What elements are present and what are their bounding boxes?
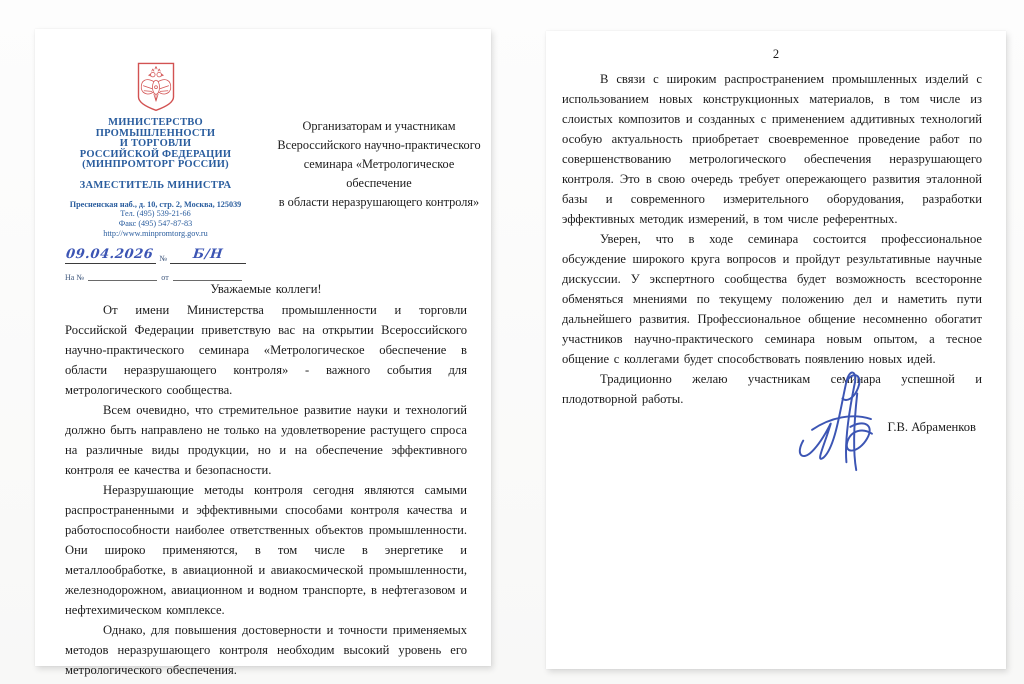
paragraph: В связи с широким распространением промы…	[562, 69, 982, 229]
addressee-line: семинара «Метрологическое обеспечение	[273, 155, 485, 193]
paragraph: Всем очевидно, что стремительное развити…	[65, 400, 467, 480]
ministry-line: МИНИСТЕРСТВО	[63, 118, 248, 129]
paragraph: Неразрушающие методы контроля сегодня яв…	[65, 480, 467, 620]
scanned-letter-viewer: МИНИСТЕРСТВО ПРОМЫШЛЕННОСТИ И ТОРГОВЛИ Р…	[0, 0, 1024, 684]
signature-autograph-icon	[794, 366, 890, 474]
addressee-line: в области неразрушающего контроля»	[273, 193, 485, 212]
postal-address: Пресненская наб., д. 10, стр. 2, Москва,…	[63, 200, 248, 210]
ministry-line: (МИНПРОМТОРГ РОССИИ)	[63, 160, 248, 171]
addressee-line: Организаторам и участникам	[273, 117, 485, 136]
addressee-block: Организаторам и участникам Всероссийског…	[273, 117, 485, 212]
letter-body-page-2: В связи с широким распространением промы…	[562, 69, 982, 409]
page-number: 2	[546, 47, 1006, 62]
paragraph: Однако, для повышения достоверности и то…	[65, 620, 467, 680]
fax-line: Факс (495) 547-87-83	[63, 219, 248, 229]
website-line: http://www.minpromtorg.gov.ru	[63, 229, 248, 239]
letter-page-2: 2 В связи с широким распространением про…	[546, 31, 1006, 669]
salutation: Уважаемые коллеги!	[65, 279, 467, 299]
handwritten-number: Б/Н	[192, 247, 224, 262]
handwritten-date-field: 09.04.2026	[65, 245, 156, 264]
paragraph: От имени Министерства промышленности и т…	[65, 300, 467, 400]
handwritten-date: 09.04.2026	[65, 247, 154, 262]
letter-body-page-1: Уважаемые коллеги! От имени Министерства…	[65, 279, 467, 680]
paragraph: Уверен, что в ходе семинара состоится пр…	[562, 229, 982, 369]
ministry-name: МИНИСТЕРСТВО ПРОМЫШЛЕННОСТИ И ТОРГОВЛИ Р…	[63, 118, 248, 171]
addressee-line: Всероссийского научно-практического	[273, 136, 485, 155]
position-title: ЗАМЕСТИТЕЛЬ МИНИСТРА	[63, 180, 248, 191]
phone-line: Тел. (495) 539-21-66	[63, 209, 248, 219]
letterhead: МИНИСТЕРСТВО ПРОМЫШЛЕННОСТИ И ТОРГОВЛИ Р…	[63, 60, 248, 282]
letter-page-1: МИНИСТЕРСТВО ПРОМЫШЛЕННОСТИ И ТОРГОВЛИ Р…	[35, 29, 491, 666]
coat-of-arms-icon	[135, 60, 177, 113]
contact-block: Пресненская наб., д. 10, стр. 2, Москва,…	[63, 200, 248, 239]
number-sign: №	[156, 254, 170, 264]
signer-name: Г.В. Абраменков	[888, 420, 976, 435]
handwritten-number-field: Б/Н	[170, 245, 246, 264]
signature-block: Г.В. Абраменков	[546, 364, 1006, 494]
date-number-line: 09.04.2026 № Б/Н	[63, 246, 248, 264]
ministry-line: И ТОРГОВЛИ	[63, 139, 248, 150]
